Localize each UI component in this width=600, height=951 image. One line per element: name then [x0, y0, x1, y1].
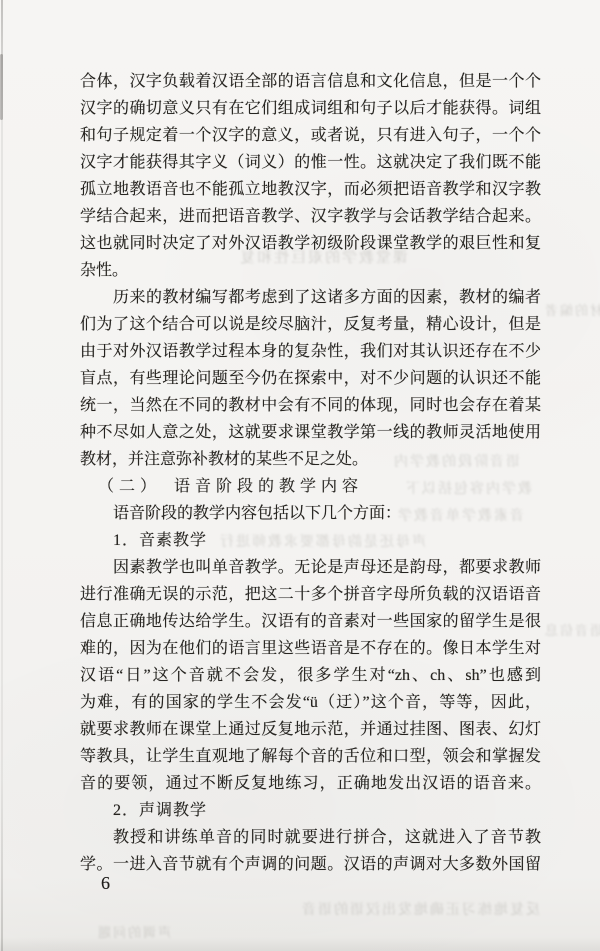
text-line: 汉字才能获得其字义（词义）的惟一性。这就决定了我们既不能 [80, 149, 541, 176]
text-line: 这也就同时决定了对外汉语教学初级阶段课堂教学的艰巨性和复 [80, 230, 541, 257]
section-heading: （二） 语音阶段的教学内容 [80, 473, 541, 500]
text-line: 和句子规定着一个汉字的意义，或者说，只有进入句子，一个个 [80, 122, 541, 149]
text-line: 进行准确无误的示范，把这二十多个拼音字母所负载的汉语语音 [80, 581, 541, 608]
text-line: 统一，当然在不同的教材中会有不同的体现，同时也会存在着某 [80, 392, 541, 419]
text-line: 学。一进入音节就有个声调的问题。汉语的声调对大多数外国留 [80, 851, 541, 878]
text-line: 合体，汉字负载着汉语全部的语言信息和文化信息，但是一个个 [80, 68, 541, 95]
text-column: 合体，汉字负载着汉语全部的语言信息和文化信息，但是一个个汉字的确切意义只有在它们… [80, 68, 541, 878]
text-line: 信息正确地传达给学生。汉语有的音素对一些国家的留学生是很 [80, 608, 541, 635]
text-line: 汉字的确切意义只有在它们组成词组和句子以后才能获得。词组 [80, 95, 541, 122]
scan-edge [1, 0, 3, 951]
text-line: 就要求教师在课堂上通过反复地示范，并通过挂图、图表、幻灯 [80, 716, 541, 743]
text-line: 盲点，有些理论问题至今仍在探索中，对不少问题的认识还不能 [80, 365, 541, 392]
text-line: 等教具，让学生直观地了解每个音的舌位和口型，领会和掌握发 [80, 743, 541, 770]
page-number: 6 [101, 870, 110, 896]
text-line: 语音阶段的教学内容包括以下几个方面： [80, 500, 541, 527]
text-line: 为难，有的国家的学生不会发“ü（迂）”这个音，等等，因此， [80, 689, 541, 716]
bleed-through-text: 教材的编者 [543, 300, 600, 319]
text-line: 难的，因为在他们的语言里这些语音是不存在的。像日本学生对 [80, 635, 541, 662]
text-line: 教授和讲练单音的同时就要进行拼合，这就进入了音节教 [80, 824, 541, 851]
scan-shadow [0, 937, 600, 951]
text-line: 汉语“日”这个音就不会发，很多学生对“zh、ch、sh”也感到 [80, 662, 541, 689]
bleed-through-text: 反复地练习正确地发出汉语的语音 [300, 899, 540, 919]
subsection-heading: 1．音素教学 [80, 527, 541, 554]
text-line: 孤立地教语音也不能孤立地教汉字，而必须把语音教学和汉字教 [80, 176, 541, 203]
text-line: 教材，并注意弥补教材的某些不足之处。 [80, 446, 541, 473]
text-line: 由于对外汉语教学过程本身的复杂性，我们对其认识还存在不少 [80, 338, 541, 365]
bleed-through-text: 语音信息 [543, 620, 600, 639]
text-line: 因素教学也叫单音教学。无论是声母还是韵母，都要求教师 [80, 554, 541, 581]
book-page: 课堂教学的艰巨性和复教材的编者语音阶段的教学内教学内容包括以下音素教学单音教学声… [0, 0, 600, 951]
text-line: 种不尽如人意之处，这就要求课堂教学第一线的教师灵活地使用 [80, 419, 541, 446]
subsection-heading: 2．声调教学 [80, 797, 541, 824]
text-line: 历来的教材编写都考虑到了这诸多方面的因素，教材的编者 [80, 284, 541, 311]
scan-artifact [0, 54, 3, 120]
text-line: 音的要领，通过不断反复地练习，正确地发出汉语的语音来。 [80, 770, 541, 797]
text-line: 们为了这个结合可以说是绞尽脑汁，反复考量，精心设计，但是 [80, 311, 541, 338]
text-line: 学结合起来，进而把语音教学、汉字教学与会话教学结合起来。 [80, 203, 541, 230]
text-line: 杂性。 [80, 257, 541, 284]
